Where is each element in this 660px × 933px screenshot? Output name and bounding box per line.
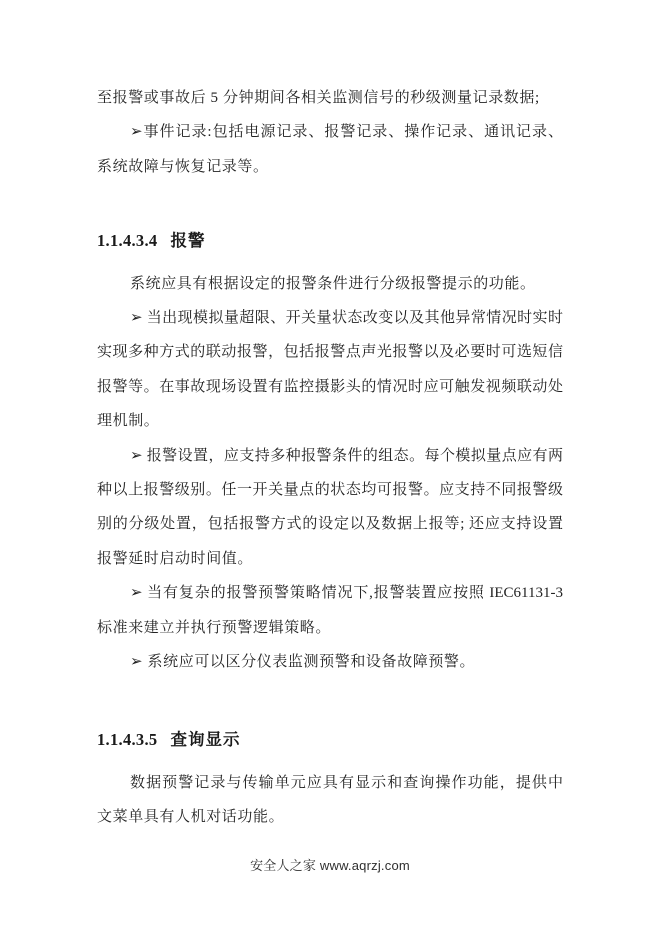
doc-line: 至报警或事故后 5 分钟期间各相关监测信号的秒级测量记录数据; [97,81,563,115]
document-body: 至报警或事故后 5 分钟期间各相关监测信号的秒级测量记录数据; ➢事件记录:包括… [97,81,563,835]
doc-line: ➢ 系统应可以区分仪表监测预警和设备故障预警。 [97,645,563,679]
paragraph-query-display: 数据预警记录与传输单元应具有显示和查询操作功能，提供中 文菜单具有人机对话功能。 [97,766,563,835]
doc-line: 系统应具有根据设定的报警条件进行分级报警提示的功能。 [97,267,563,301]
document-page: 至报警或事故后 5 分钟期间各相关监测信号的秒级测量记录数据; ➢事件记录:包括… [0,0,660,933]
doc-line: 报警等。在事故现场设置有监控摄影头的情况时应可触发视频联动处 [97,370,563,404]
section-title: 查询显示 [170,730,240,749]
section-number: 1.1.4.3.5 [97,730,157,749]
doc-line: ➢ 报警设置，应支持多种报警条件的组态。每个模拟量点应有两 [97,439,563,473]
doc-line: 报警延时启动时间值。 [97,542,563,576]
bullet-item-linked-alarm: ➢ 当出现模拟量超限、开关量状态改变以及其他异常情况时实时 实现多种方式的联动报… [97,301,563,439]
doc-line: 实现多种方式的联动报警，包括报警点声光报警以及必要时可选短信 [97,335,563,369]
doc-line: ➢ 当出现模拟量超限、开关量状态改变以及其他异常情况时实时 [97,301,563,335]
doc-line: ➢ 当有复杂的报警预警策略情况下,报警装置应按照 IEC61131-3 [97,576,563,610]
doc-line: ➢事件记录:包括电源记录、报警记录、操作记录、通讯记录、 [97,115,563,149]
bullet-item-iec-standard: ➢ 当有复杂的报警预警策略情况下,报警装置应按照 IEC61131-3 标准来建… [97,576,563,645]
section-number: 1.1.4.3.4 [97,231,157,250]
section-heading-query-display: 1.1.4.3.5查询显示 [97,723,563,757]
doc-line: 种以上报警级别。任一开关量点的状态均可报警。应支持不同报警级 [97,473,563,507]
footer-watermark: 安全人之家 www.aqrzj.com [0,856,660,876]
section-heading-alarm: 1.1.4.3.4报警 [97,224,563,258]
bullet-item-alarm-settings: ➢ 报警设置，应支持多种报警条件的组态。每个模拟量点应有两 种以上报警级别。任一… [97,439,563,577]
doc-line: 系统故障与恢复记录等。 [97,150,563,184]
paragraph-alarm-intro: 系统应具有根据设定的报警条件进行分级报警提示的功能。 [97,267,563,301]
doc-line: 数据预警记录与传输单元应具有显示和查询操作功能，提供中 [97,766,563,800]
bullet-item-event-records: ➢事件记录:包括电源记录、报警记录、操作记录、通讯记录、 系统故障与恢复记录等。 [97,115,563,184]
doc-line: 文菜单具有人机对话功能。 [97,800,563,834]
paragraph-continuation: 至报警或事故后 5 分钟期间各相关监测信号的秒级测量记录数据; [97,81,563,115]
section-title: 报警 [170,231,205,250]
doc-line: 别的分级处置，包括报警方式的设定以及数据上报等; 还应支持设置 [97,507,563,541]
doc-line: 标准来建立并执行预警逻辑策略。 [97,611,563,645]
bullet-item-distinguish-warnings: ➢ 系统应可以区分仪表监测预警和设备故障预警。 [97,645,563,679]
doc-line: 理机制。 [97,404,563,438]
